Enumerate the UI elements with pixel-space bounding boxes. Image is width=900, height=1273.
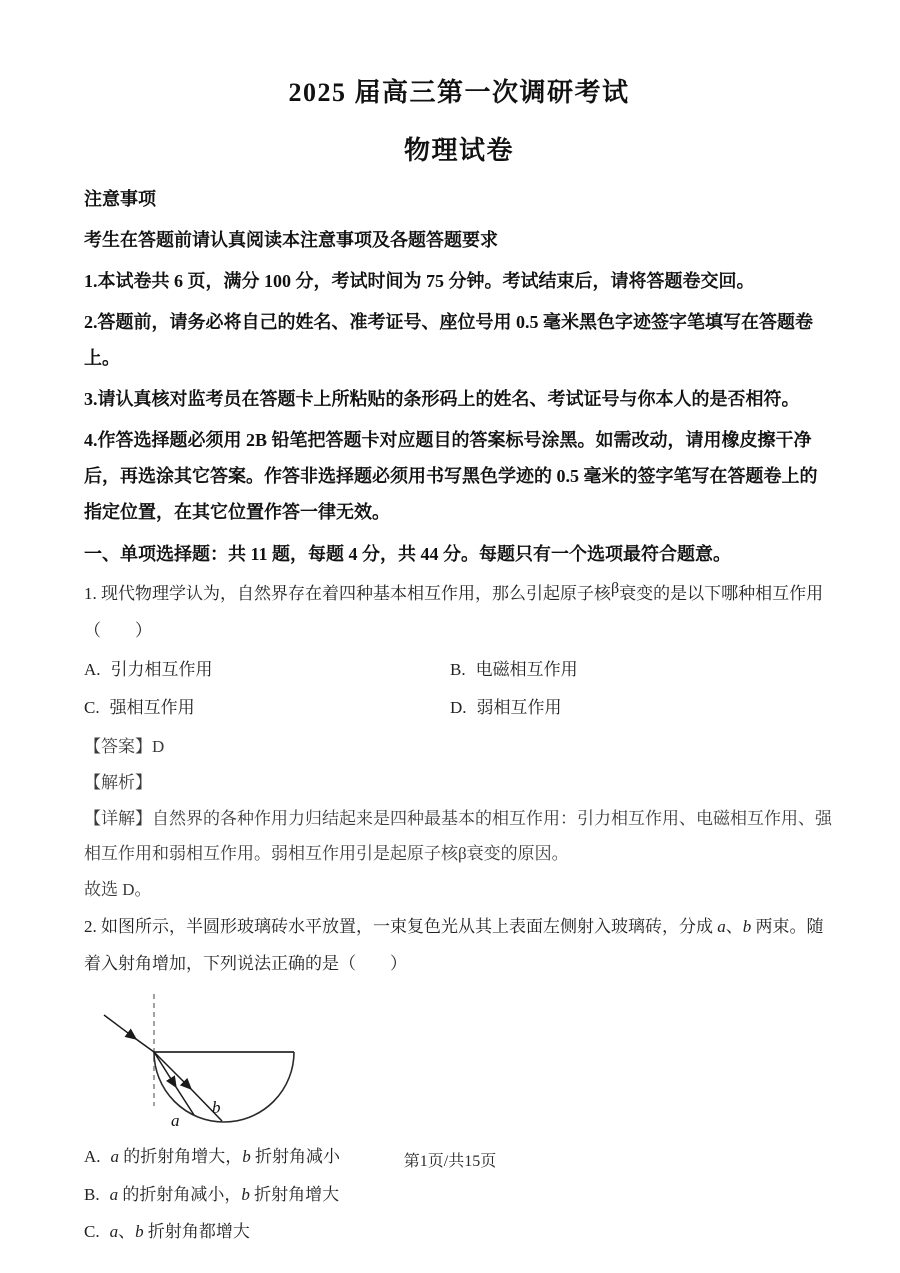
- option-text: 强相互作用: [110, 698, 195, 717]
- option-text: 引力相互作用: [111, 660, 213, 679]
- question1-options: A.引力相互作用 B.电磁相互作用 C.强相互作用 D.弱相互作用: [84, 651, 834, 727]
- option-text: 电磁相互作用: [476, 660, 578, 679]
- q2-stem-part1: 2. 如图所示，半圆形玻璃砖水平放置，一束复色光从其上表面左侧射入玻璃砖，分成: [84, 917, 717, 936]
- italic-b: b: [241, 1185, 250, 1204]
- detail-text: 自然界的各种作用力归结起来是四种最基本的相互作用：引力相互作用、电磁相互作用、强…: [84, 809, 832, 863]
- page-number-footer: 第1页/共15页: [0, 1148, 900, 1171]
- exam-title-line1: 2025 届高三第一次调研考试: [84, 74, 834, 112]
- italic-a: a: [110, 1185, 119, 1204]
- incident-ray-tail: [136, 1039, 154, 1052]
- q2-stem-part2: 、: [726, 917, 743, 936]
- q1-option-a: A.引力相互作用: [84, 651, 450, 689]
- italic-b: b: [135, 1222, 144, 1241]
- detail-label: 【详解】: [84, 809, 152, 828]
- notice-item-3: 3.请认真核对监考员在答题卡上所粘贴的条形码上的姓名、考试证号与你本人的是否相符…: [84, 381, 834, 417]
- beta-superscript: β: [611, 580, 619, 597]
- option-label: C.: [84, 1222, 100, 1241]
- option-text: 折射角增大: [250, 1185, 339, 1204]
- refracted-ray-a: [154, 1052, 176, 1087]
- answer-label: 【答案】: [84, 737, 152, 756]
- ray-b-label: b: [212, 1098, 221, 1117]
- q2-refraction-figure: a b: [96, 984, 326, 1134]
- option-text: 、: [118, 1222, 135, 1241]
- q1-conclusion: 故选 D。: [84, 872, 834, 907]
- q1-detail: 【详解】自然界的各种作用力归结起来是四种最基本的相互作用：引力相互作用、电磁相互…: [84, 801, 834, 871]
- exam-title-line2: 物理试卷: [84, 132, 834, 170]
- notice-item-1: 1.本试卷共 6 页，满分 100 分，考试时间为 75 分钟。考试结束后，请将…: [84, 263, 834, 299]
- notices-heading: 注意事项: [84, 180, 834, 218]
- notice-item-4: 4.作答选择题必须用 2B 铅笔把答题卡对应题目的答案标号涂黑。如需改动，请用橡…: [84, 422, 834, 530]
- q1-option-d: D.弱相互作用: [450, 689, 834, 727]
- option-label: D.: [450, 698, 467, 717]
- notice-item-2: 2.答题前，请务必将自己的姓名、准考证号、座位号用 0.5 毫米黑色字迹签字笔填…: [84, 304, 834, 376]
- question2-stem: 2. 如图所示，半圆形玻璃砖水平放置，一束复色光从其上表面左侧射入玻璃砖，分成 …: [84, 908, 834, 982]
- q2-option-c: C.a、b 折射角都增大: [84, 1213, 834, 1251]
- question1-stem-pre: 1. 现代物理学认为，自然界存在着四种基本相互作用，那么引起原子核: [84, 584, 611, 603]
- option-text: 弱相互作用: [477, 698, 562, 717]
- option-text: 的折射角减小，: [118, 1185, 241, 1204]
- option-text: 折射角都增大: [144, 1222, 250, 1241]
- q1-option-c: C.强相互作用: [84, 689, 450, 727]
- exam-page: 2025 届高三第一次调研考试 物理试卷 注意事项 考生在答题前请认真阅读本注意…: [0, 0, 900, 1273]
- answer-value: D: [152, 737, 164, 756]
- q1-analysis-label: 【解析】: [84, 765, 834, 800]
- refraction-diagram-svg: a b: [96, 984, 326, 1134]
- option-label: B.: [450, 660, 466, 679]
- option-label: A.: [84, 660, 101, 679]
- italic-a: a: [110, 1222, 119, 1241]
- question1-stem: 1. 现代物理学认为，自然界存在着四种基本相互作用，那么引起原子核β衰变的是以下…: [84, 575, 834, 649]
- q1-answer-line: 【答案】D: [84, 729, 834, 764]
- ray-a-label: a: [171, 1111, 180, 1130]
- notices-intro: 考生在答题前请认真阅读本注意事项及各题答题要求: [84, 222, 834, 258]
- option-label: B.: [84, 1185, 100, 1204]
- incident-ray: [104, 1015, 136, 1039]
- q2-option-b: B.a 的折射角减小，b 折射角增大: [84, 1176, 834, 1214]
- section1-heading: 一、单项选择题：共 11 题，每题 4 分，共 44 分。每题只有一个选项最符合…: [84, 536, 834, 573]
- option-label: C.: [84, 698, 100, 717]
- q2-ray-b-ref: b: [743, 917, 752, 936]
- q2-ray-a-ref: a: [717, 917, 726, 936]
- q1-option-b: B.电磁相互作用: [450, 651, 834, 689]
- refracted-ray-b: [154, 1052, 191, 1089]
